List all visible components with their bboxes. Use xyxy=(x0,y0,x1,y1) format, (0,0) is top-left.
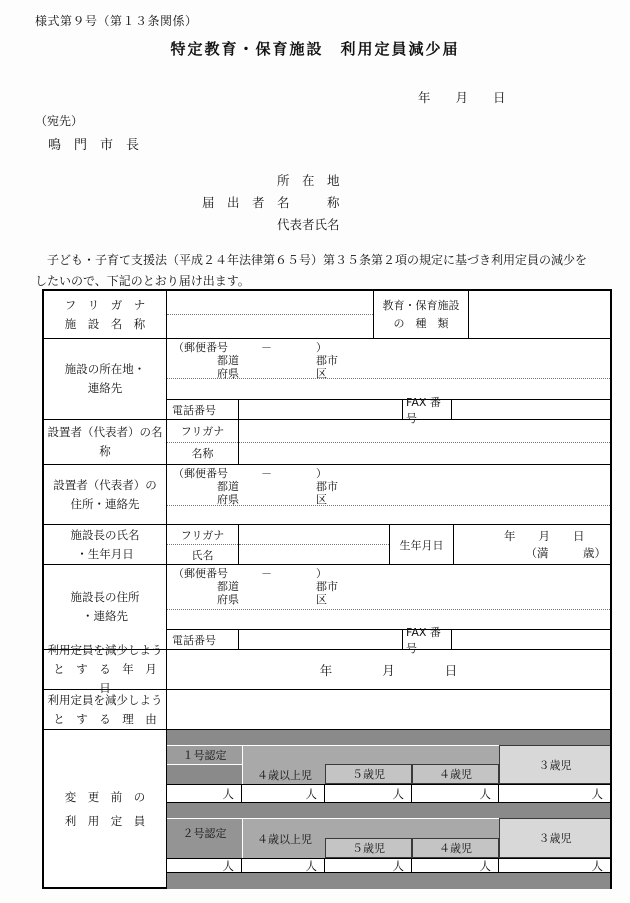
director-phone-input[interactable] xyxy=(239,630,402,649)
cert2-header: ２号認定 xyxy=(167,818,242,858)
cert2-age3-input[interactable]: 人 xyxy=(499,859,610,872)
owner-postal-input[interactable]: （郵便番号 － ） 都道 郡市 府県 区 xyxy=(167,465,610,506)
row-facility-address: 施設の所在地・ 連絡先 （郵便番号 － ） 都道 郡市 府県 区 電話番号 FA… xyxy=(44,339,610,420)
director-phone-row: 電話番号 FAX 番号 xyxy=(167,629,610,649)
form-page: 様式第９号（第１３条関係） 特定教育・保育施設 利用定員減少届 年 月 日 （宛… xyxy=(0,0,630,903)
cert1-age3-input[interactable]: 人 xyxy=(499,785,610,802)
row-capacity: 変 更 前 の 利 用 定 員 １号認定 ４歳以上児 ５歳児 ４歳児 ３歳児 xyxy=(44,730,610,887)
reduction-reason-input[interactable] xyxy=(167,690,610,729)
director-furigana-input[interactable] xyxy=(239,525,389,545)
owner-address-input[interactable] xyxy=(167,506,610,524)
reduction-date-input[interactable]: 年 月 日 xyxy=(167,650,610,689)
cert2-count-row: 人 人 人 人 人 xyxy=(167,858,610,873)
cert1-total-input[interactable]: 人 xyxy=(167,785,242,802)
facility-postal-input[interactable]: （郵便番号 － ） 都道 郡市 府県 区 xyxy=(167,339,610,379)
cert1-age4plus-input[interactable]: 人 xyxy=(242,785,325,802)
divider-band xyxy=(167,803,610,818)
owner-address-label: 設置者（代表者）の 住所・連絡先 xyxy=(44,465,167,524)
facility-furigana-input[interactable] xyxy=(167,291,373,315)
facility-fax-input[interactable] xyxy=(452,400,610,419)
form-number: 様式第９号（第１３条関係） xyxy=(35,12,198,29)
submitter-block: 所 在 地 届 出 者 名 称 代表者氏名 xyxy=(202,170,340,236)
age5-header-block2: ５歳児 xyxy=(325,838,412,858)
capacity-subtable: １号認定 ４歳以上児 ５歳児 ４歳児 ３歳児 人 人 人 人 人 xyxy=(167,730,610,887)
reduction-date-label: 利用定員を減少しよう と す る 年 月 日 xyxy=(44,650,167,689)
row-facility-name: フ リ ガ ナ 施 設 名 称 教育・保育施設 の 種 類 xyxy=(44,291,610,339)
row-reduction-reason: 利用定員を減少しよう と す る 理 由 xyxy=(44,690,610,730)
cert1-count-row: 人 人 人 人 人 xyxy=(167,784,610,803)
facility-address-input[interactable] xyxy=(167,379,610,399)
age4-header-block1: ４歳児 xyxy=(412,764,499,784)
age3-header-block1: ３歳児 xyxy=(499,745,610,784)
facility-phone-input[interactable] xyxy=(239,400,402,419)
row-director-address: 施設長の住所 ・連絡先 （郵便番号 － ） 都道 郡市 府県 区 電話番号 FA… xyxy=(44,565,610,650)
age3-header-block2: ３歳児 xyxy=(499,818,610,858)
facility-name-input[interactable] xyxy=(167,315,373,338)
intro-paragraph: 子ども・子育て支援法（平成２４年法律第６５号）第３５条第２項の規定に基づき利用定… xyxy=(35,250,597,292)
director-postal-input[interactable]: （郵便番号 － ） 都道 郡市 府県 区 xyxy=(167,565,610,610)
birthdate-label: 生年月日 xyxy=(389,525,454,564)
director-address-label: 施設長の住所 ・連絡先 xyxy=(44,565,167,649)
cert2-age5-input[interactable]: 人 xyxy=(325,859,412,872)
main-form-table: フ リ ガ ナ 施 設 名 称 教育・保育施設 の 種 類 施設の所在地・ 連絡… xyxy=(42,289,612,889)
fax-label: FAX 番号 xyxy=(402,400,452,419)
facility-name-input-group xyxy=(167,291,374,338)
owner-name-label: 設置者（代表者）の名称 xyxy=(44,420,167,464)
facility-type-label: 教育・保育施設 の 種 類 xyxy=(374,291,469,338)
owner-name-input[interactable] xyxy=(239,443,610,465)
cert1-filler xyxy=(167,764,242,784)
cert2-total-input[interactable]: 人 xyxy=(167,859,242,872)
facility-phone-row: 電話番号 FAX 番号 xyxy=(167,399,610,419)
row-owner-address: 設置者（代表者）の 住所・連絡先 （郵便番号 － ） 都道 郡市 府県 区 xyxy=(44,465,610,525)
capacity-label: 変 更 前 の 利 用 定 員 xyxy=(44,730,167,887)
row-owner-name: 設置者（代表者）の名称 フリガナ 名称 xyxy=(44,420,610,465)
director-sublabels: フリガナ 氏名 xyxy=(167,525,239,564)
owner-furigana-input[interactable] xyxy=(239,420,610,443)
row-reduction-date: 利用定員を減少しよう と す る 年 月 日 年 月 日 xyxy=(44,650,610,690)
facility-name-label: フ リ ガ ナ 施 設 名 称 xyxy=(44,291,167,338)
cert2-age4plus-input[interactable]: 人 xyxy=(242,859,325,872)
recipient-label: （宛先） xyxy=(35,112,83,129)
fax-label: FAX 番号 xyxy=(402,630,452,649)
page-title: 特定教育・保育施設 利用定員減少届 xyxy=(0,38,630,59)
director-address-input[interactable] xyxy=(167,610,610,629)
facility-address-label: 施設の所在地・ 連絡先 xyxy=(44,339,167,419)
phone-label: 電話番号 xyxy=(167,400,239,419)
divider-band xyxy=(167,730,610,745)
reduction-reason-label: 利用定員を減少しよう と す る 理 由 xyxy=(44,690,167,729)
cert1-age4-input[interactable]: 人 xyxy=(412,785,499,802)
divider-band xyxy=(167,873,610,889)
row-director-name: 施設長の氏名 ・生年月日 フリガナ 氏名 生年月日 年 月 日 （満 歳） xyxy=(44,525,610,565)
director-name-input[interactable] xyxy=(239,545,389,564)
director-name-label: 施設長の氏名 ・生年月日 xyxy=(44,525,167,564)
age4-header-block2: ４歳児 xyxy=(412,838,499,858)
cert1-header: １号認定 xyxy=(167,745,242,764)
recipient-name: 鳴 門 市 長 xyxy=(48,134,139,153)
phone-label: 電話番号 xyxy=(167,630,239,649)
cert1-age5-input[interactable]: 人 xyxy=(325,785,412,802)
date-line: 年 月 日 xyxy=(418,88,506,106)
birthdate-input[interactable]: 年 月 日 （満 歳） xyxy=(454,525,610,564)
director-fax-input[interactable] xyxy=(452,630,610,649)
owner-sublabels: フリガナ 名称 xyxy=(167,420,239,464)
age5-header-block1: ５歳児 xyxy=(325,764,412,784)
cert2-age4-input[interactable]: 人 xyxy=(412,859,499,872)
facility-type-input[interactable] xyxy=(469,291,610,338)
